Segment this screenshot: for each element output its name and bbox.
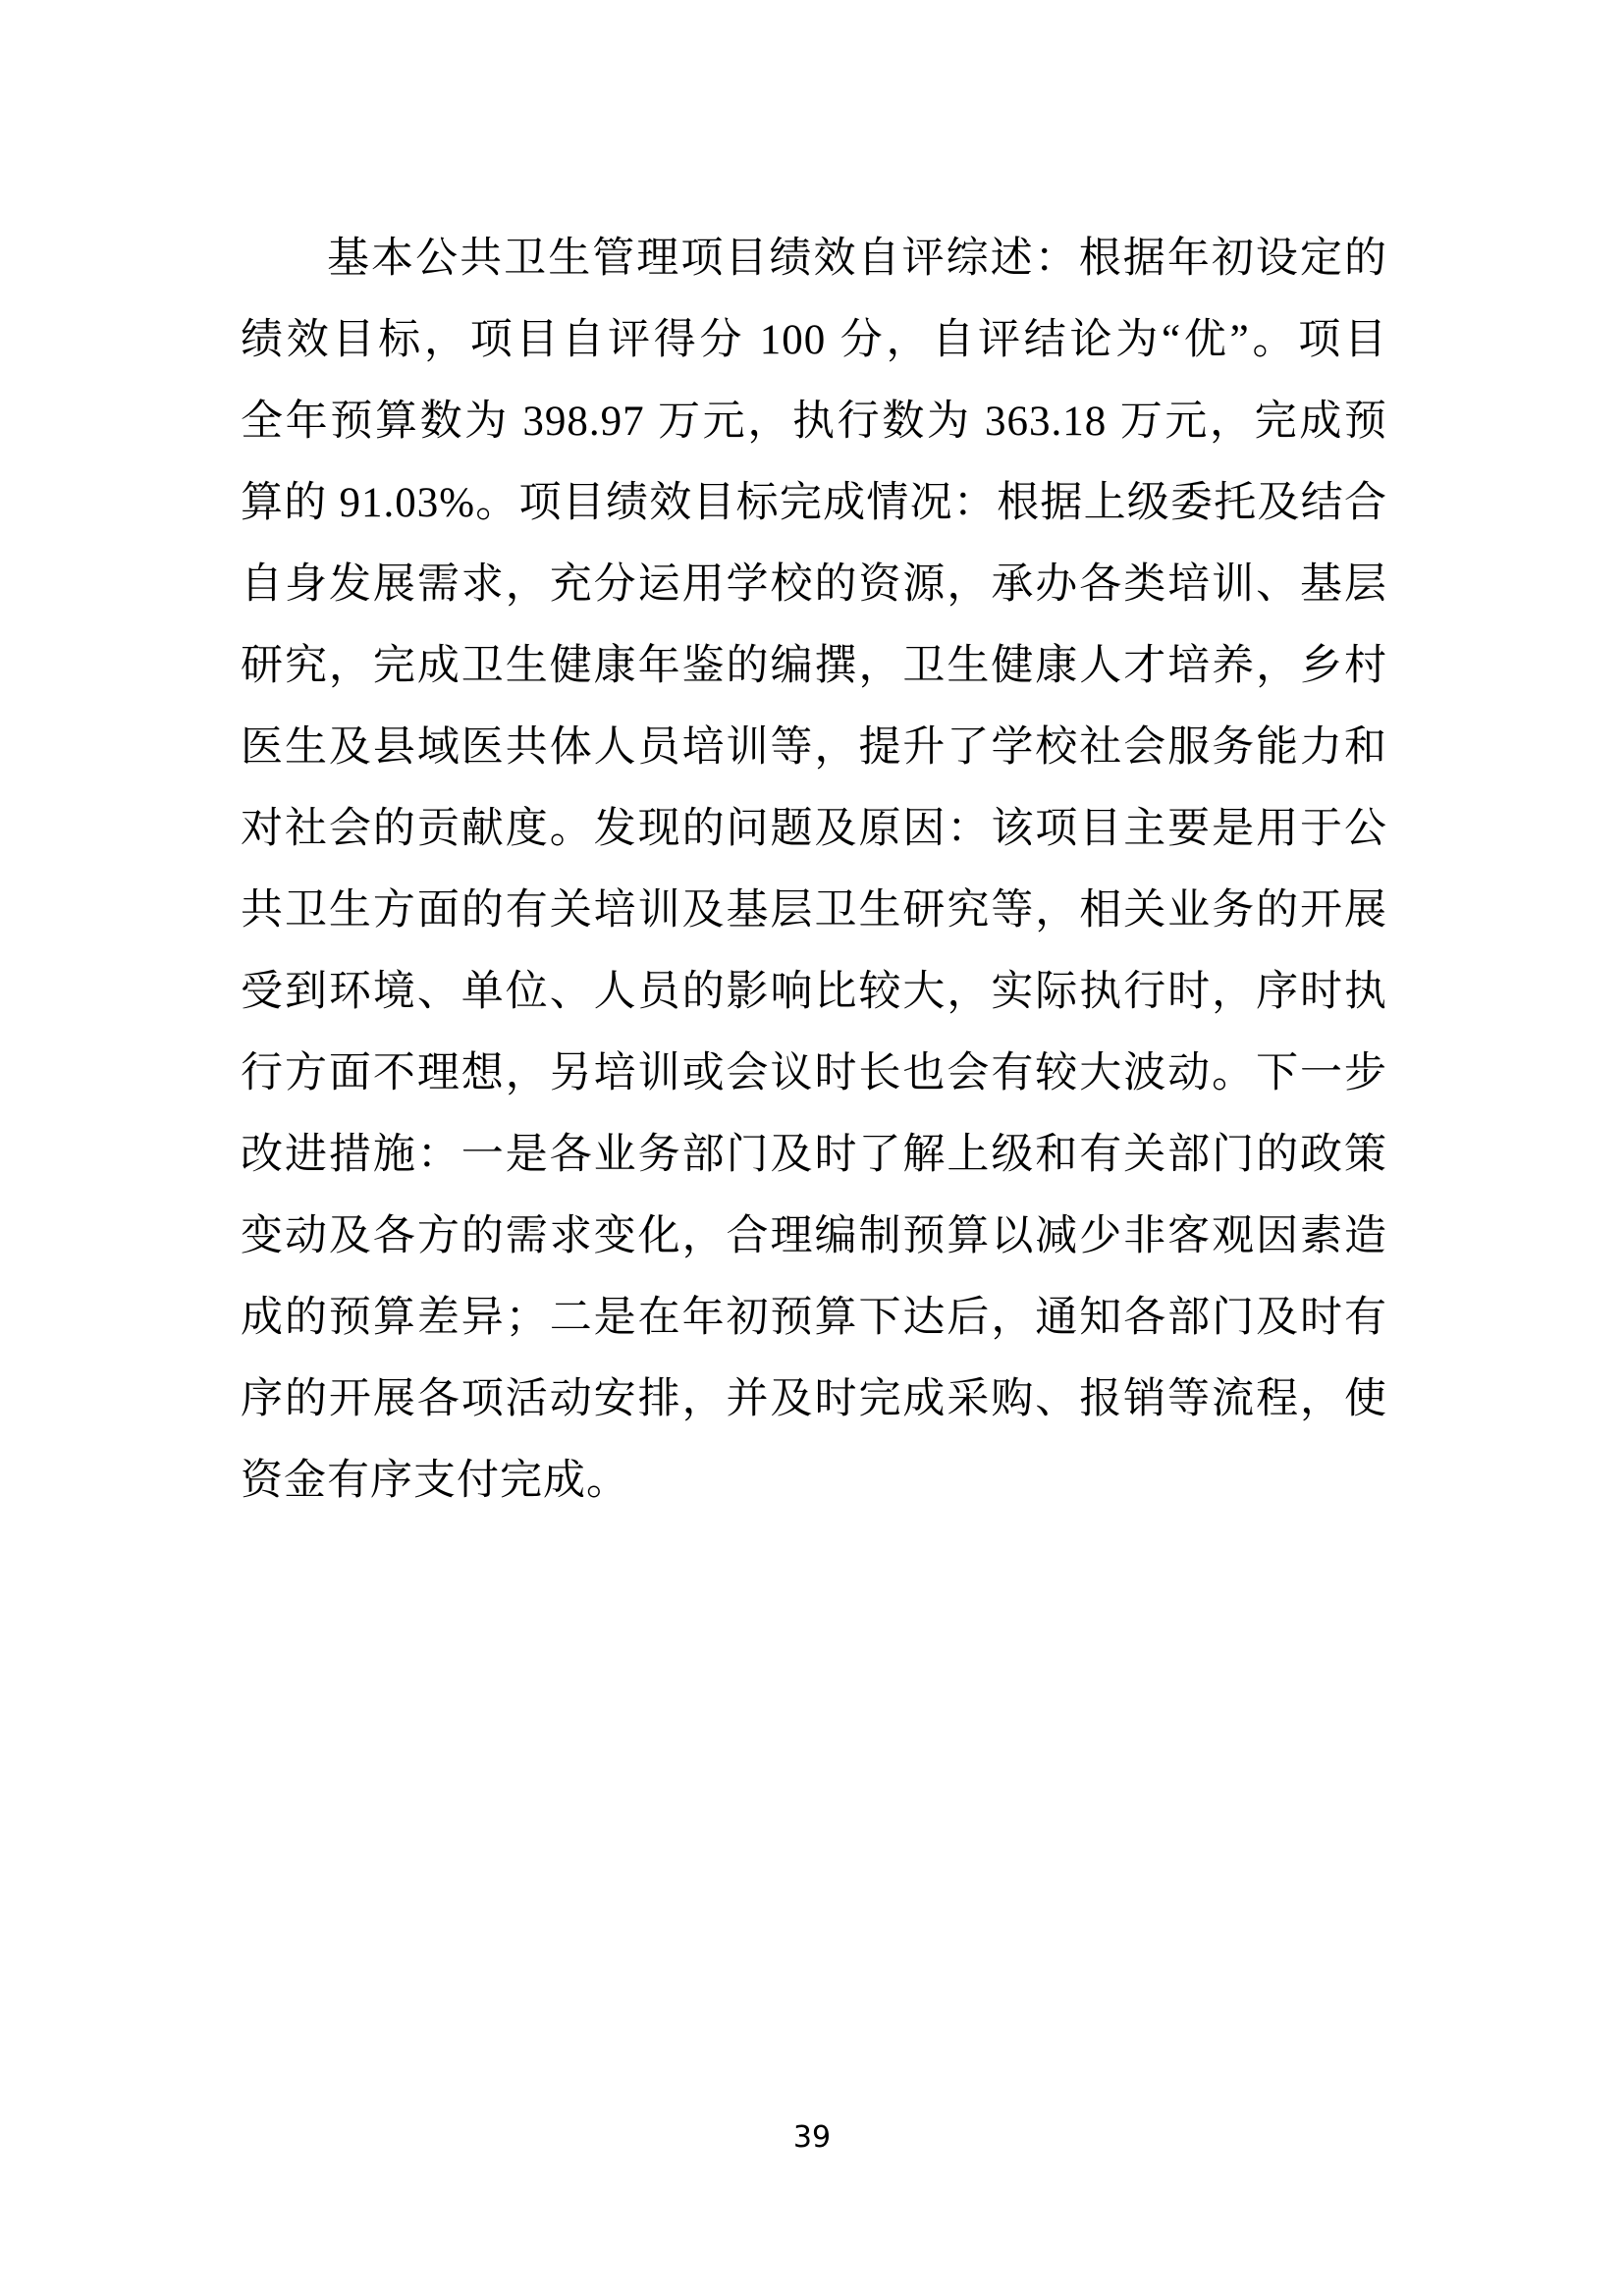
paragraph-line: 变动及各方的需求变化，合理编制预算以减少非客观因素造 — [241, 1196, 1387, 1277]
paragraph-line: 医生及县域医共体人员培训等，提升了学校社会服务能力和 — [241, 707, 1387, 788]
paragraph-line: 对社会的贡献度。发现的问题及原因：该项目主要是用于公 — [241, 788, 1387, 870]
self-evaluation-paragraph: 基本公共卫生管理项目绩效自评综述：根据年初设定的绩效目标，项目自评得分 100 … — [241, 218, 1387, 1522]
paragraph-line: 资金有序支付完成。 — [241, 1440, 1387, 1522]
paragraph-line: 改进措施：一是各业务部门及时了解上级和有关部门的政策 — [241, 1114, 1387, 1196]
document-page: 基本公共卫生管理项目绩效自评综述：根据年初设定的绩效目标，项目自评得分 100 … — [0, 0, 1624, 2296]
paragraph-line: 基本公共卫生管理项目绩效自评综述：根据年初设定的 — [241, 218, 1387, 299]
paragraph-line: 绩效目标，项目自评得分 100 分，自评结论为“优”。项目 — [241, 299, 1387, 381]
paragraph-line: 算的 91.03%。项目绩效目标完成情况：根据上级委托及结合 — [241, 462, 1387, 544]
paragraph-line: 研究，完成卫生健康年鉴的编撰，卫生健康人才培养，乡村 — [241, 625, 1387, 707]
paragraph-line: 序的开展各项活动安排，并及时完成采购、报销等流程，使 — [241, 1359, 1387, 1440]
paragraph-line: 行方面不理想，另培训或会议时长也会有较大波动。下一步 — [241, 1033, 1387, 1114]
paragraph-line: 共卫生方面的有关培训及基层卫生研究等，相关业务的开展 — [241, 870, 1387, 951]
paragraph-line: 受到环境、单位、人员的影响比较大，实际执行时，序时执 — [241, 951, 1387, 1033]
paragraph-line: 自身发展需求，充分运用学校的资源，承办各类培训、基层 — [241, 544, 1387, 625]
paragraph-line: 全年预算数为 398.97 万元，执行数为 363.18 万元，完成预 — [241, 381, 1387, 462]
page-number: 39 — [0, 2120, 1624, 2156]
paragraph-line: 成的预算差异；二是在年初预算下达后，通知各部门及时有 — [241, 1277, 1387, 1359]
